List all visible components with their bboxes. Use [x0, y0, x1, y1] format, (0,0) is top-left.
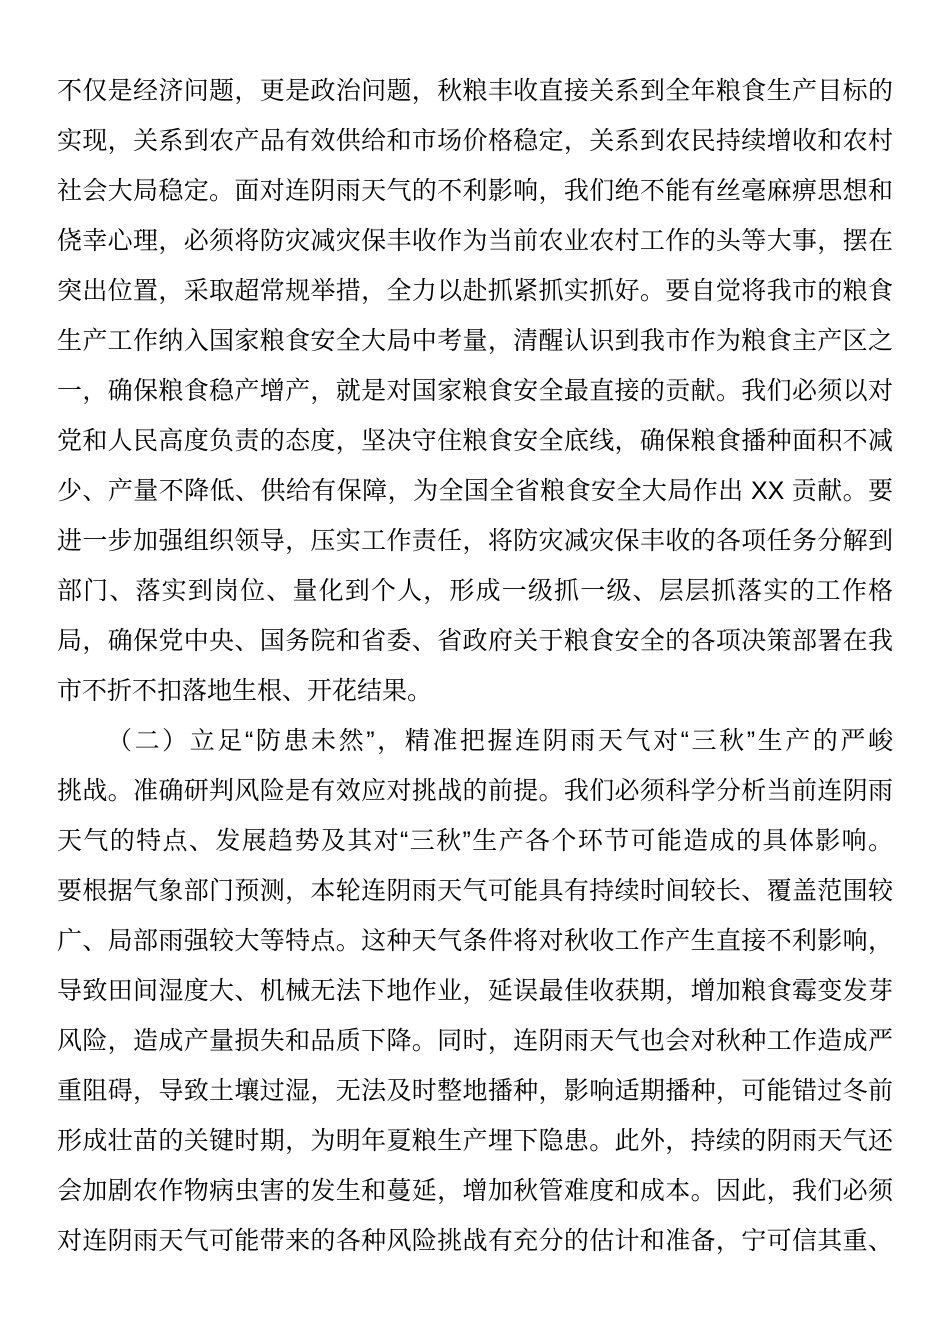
text-line: 风险，造成产量损失和品质下降。同时，连阴雨天气也会对秋种工作造成严	[57, 1016, 893, 1066]
text-line: 侥幸心理，必须将防灾减灾保丰收作为当前农业农村工作的头等大事，摆在	[57, 216, 893, 266]
text-line: 导致田间湿度大、机械无法下地作业，延误最佳收获期，增加粮食霉变发芽	[57, 966, 893, 1016]
paragraph-2: （二）立足“防患未然”，精准把握连阴雨天气对“三秋”生产的严峻 挑战。准确研判风…	[57, 716, 893, 1266]
text-line: 少、产量不降低、供给有保障，为全国全省粮食安全大局作出 XX 贡献。要	[57, 466, 893, 516]
text-line: 局，确保党中央、国务院和省委、省政府关于粮食安全的各项决策部署在我	[57, 616, 893, 666]
text-line: 党和人民高度负责的态度，坚决守住粮食安全底线，确保粮食播种面积不减	[57, 416, 893, 466]
text-line: 部门、落实到岗位、量化到个人，形成一级抓一级、层层抓落实的工作格	[57, 566, 893, 616]
text-line: 生产工作纳入国家粮食安全大局中考量，清醒认识到我市作为粮食主产区之	[57, 316, 893, 366]
text-line: 社会大局稳定。面对连阴雨天气的不利影响，我们绝不能有丝毫麻痹思想和	[57, 166, 893, 216]
text-line: 不仅是经济问题，更是政治问题，秋粮丰收直接关系到全年粮食生产目标的	[57, 66, 893, 116]
text-line: 实现，关系到农产品有效供给和市场价格稳定，关系到农民持续增收和农村	[57, 116, 893, 166]
text-line: 对连阴雨天气可能带来的各种风险挑战有充分的估计和准备，宁可信其重、	[57, 1216, 893, 1266]
text-line: 天气的特点、发展趋势及其对“三秋”生产各个环节可能造成的具体影响。	[57, 816, 893, 866]
text-line: 突出位置，采取超常规举措，全力以赴抓紧抓实抓好。要自觉将我市的粮食	[57, 266, 893, 316]
paragraph-1: 不仅是经济问题，更是政治问题，秋粮丰收直接关系到全年粮食生产目标的 实现，关系到…	[57, 66, 893, 716]
text-line: 进一步加强组织领导，压实工作责任，将防灾减灾保丰收的各项任务分解到	[57, 516, 893, 566]
text-line: 广、局部雨强较大等特点。这种天气条件将对秋收工作产生直接不利影响，	[57, 916, 893, 966]
text-line: 要根据气象部门预测，本轮连阴雨天气可能具有持续时间较长、覆盖范围较	[57, 866, 893, 916]
text-line: 重阻碍，导致土壤过湿，无法及时整地播种，影响适期播种，可能错过冬前	[57, 1066, 893, 1116]
document-page: 不仅是经济问题，更是政治问题，秋粮丰收直接关系到全年粮食生产目标的 实现，关系到…	[0, 0, 950, 1344]
text-line: 挑战。准确研判风险是有效应对挑战的前提。我们必须科学分析当前连阴雨	[57, 766, 893, 816]
text-line: 形成壮苗的关键时期，为明年夏粮生产埋下隐患。此外，持续的阴雨天气还	[57, 1116, 893, 1166]
text-line: 一，确保粮食稳产增产，就是对国家粮食安全最直接的贡献。我们必须以对	[57, 366, 893, 416]
text-line: 市不折不扣落地生根、开花结果。	[57, 666, 893, 716]
text-line: 会加剧农作物病虫害的发生和蔓延，增加秋管难度和成本。因此，我们必须	[57, 1166, 893, 1216]
text-line: （二）立足“防患未然”，精准把握连阴雨天气对“三秋”生产的严峻	[57, 716, 893, 766]
